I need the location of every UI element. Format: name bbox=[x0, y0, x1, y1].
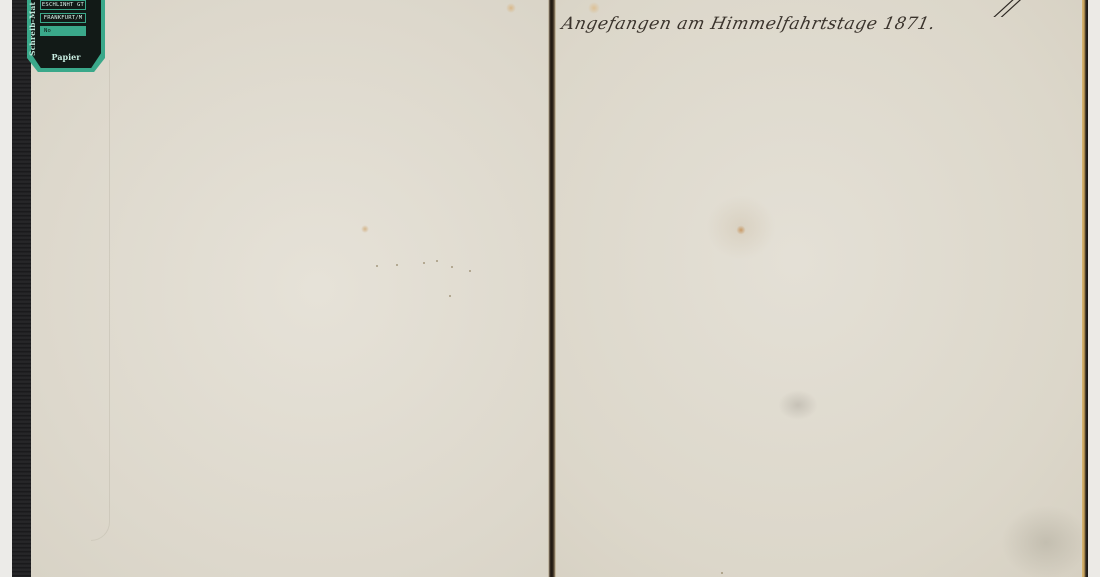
ink-speck bbox=[376, 265, 378, 267]
book-cover-edge bbox=[12, 0, 32, 577]
water-stain bbox=[706, 195, 776, 260]
label-banner-3: No bbox=[40, 26, 86, 36]
smudge bbox=[778, 390, 818, 420]
right-page bbox=[556, 0, 1086, 577]
label-banner-1: ESCHLINHT GT bbox=[40, 0, 86, 10]
flyleaf-edge bbox=[91, 60, 110, 541]
stationer-label: Schreib-Mat ten-Karten ESCHLINHT GT FRAN… bbox=[27, 0, 105, 72]
label-banners: ESCHLINHT GT FRANKFURT/M No bbox=[40, 0, 86, 39]
ink-speck bbox=[396, 264, 398, 266]
ink-speck bbox=[449, 295, 451, 297]
handwritten-heading: Angefangen am Himmelfahrtstage 1871. bbox=[560, 14, 937, 34]
water-stain bbox=[1001, 505, 1091, 577]
ink-speck bbox=[451, 266, 453, 268]
label-banner-2: FRANKFURT/M bbox=[40, 13, 86, 23]
ink-speck bbox=[423, 262, 425, 264]
background-right bbox=[1088, 0, 1100, 577]
foxing-spot bbox=[588, 2, 600, 14]
left-page bbox=[31, 0, 551, 577]
label-side-text-left: Schreib-Mat bbox=[28, 2, 37, 56]
foxing-spot bbox=[506, 3, 516, 13]
ink-speck bbox=[436, 260, 438, 262]
label-bottom-text: Papier bbox=[27, 52, 105, 62]
book-gutter bbox=[548, 0, 556, 577]
ink-speck bbox=[721, 572, 723, 574]
ink-speck bbox=[469, 270, 471, 272]
foxing-spot bbox=[361, 225, 369, 233]
